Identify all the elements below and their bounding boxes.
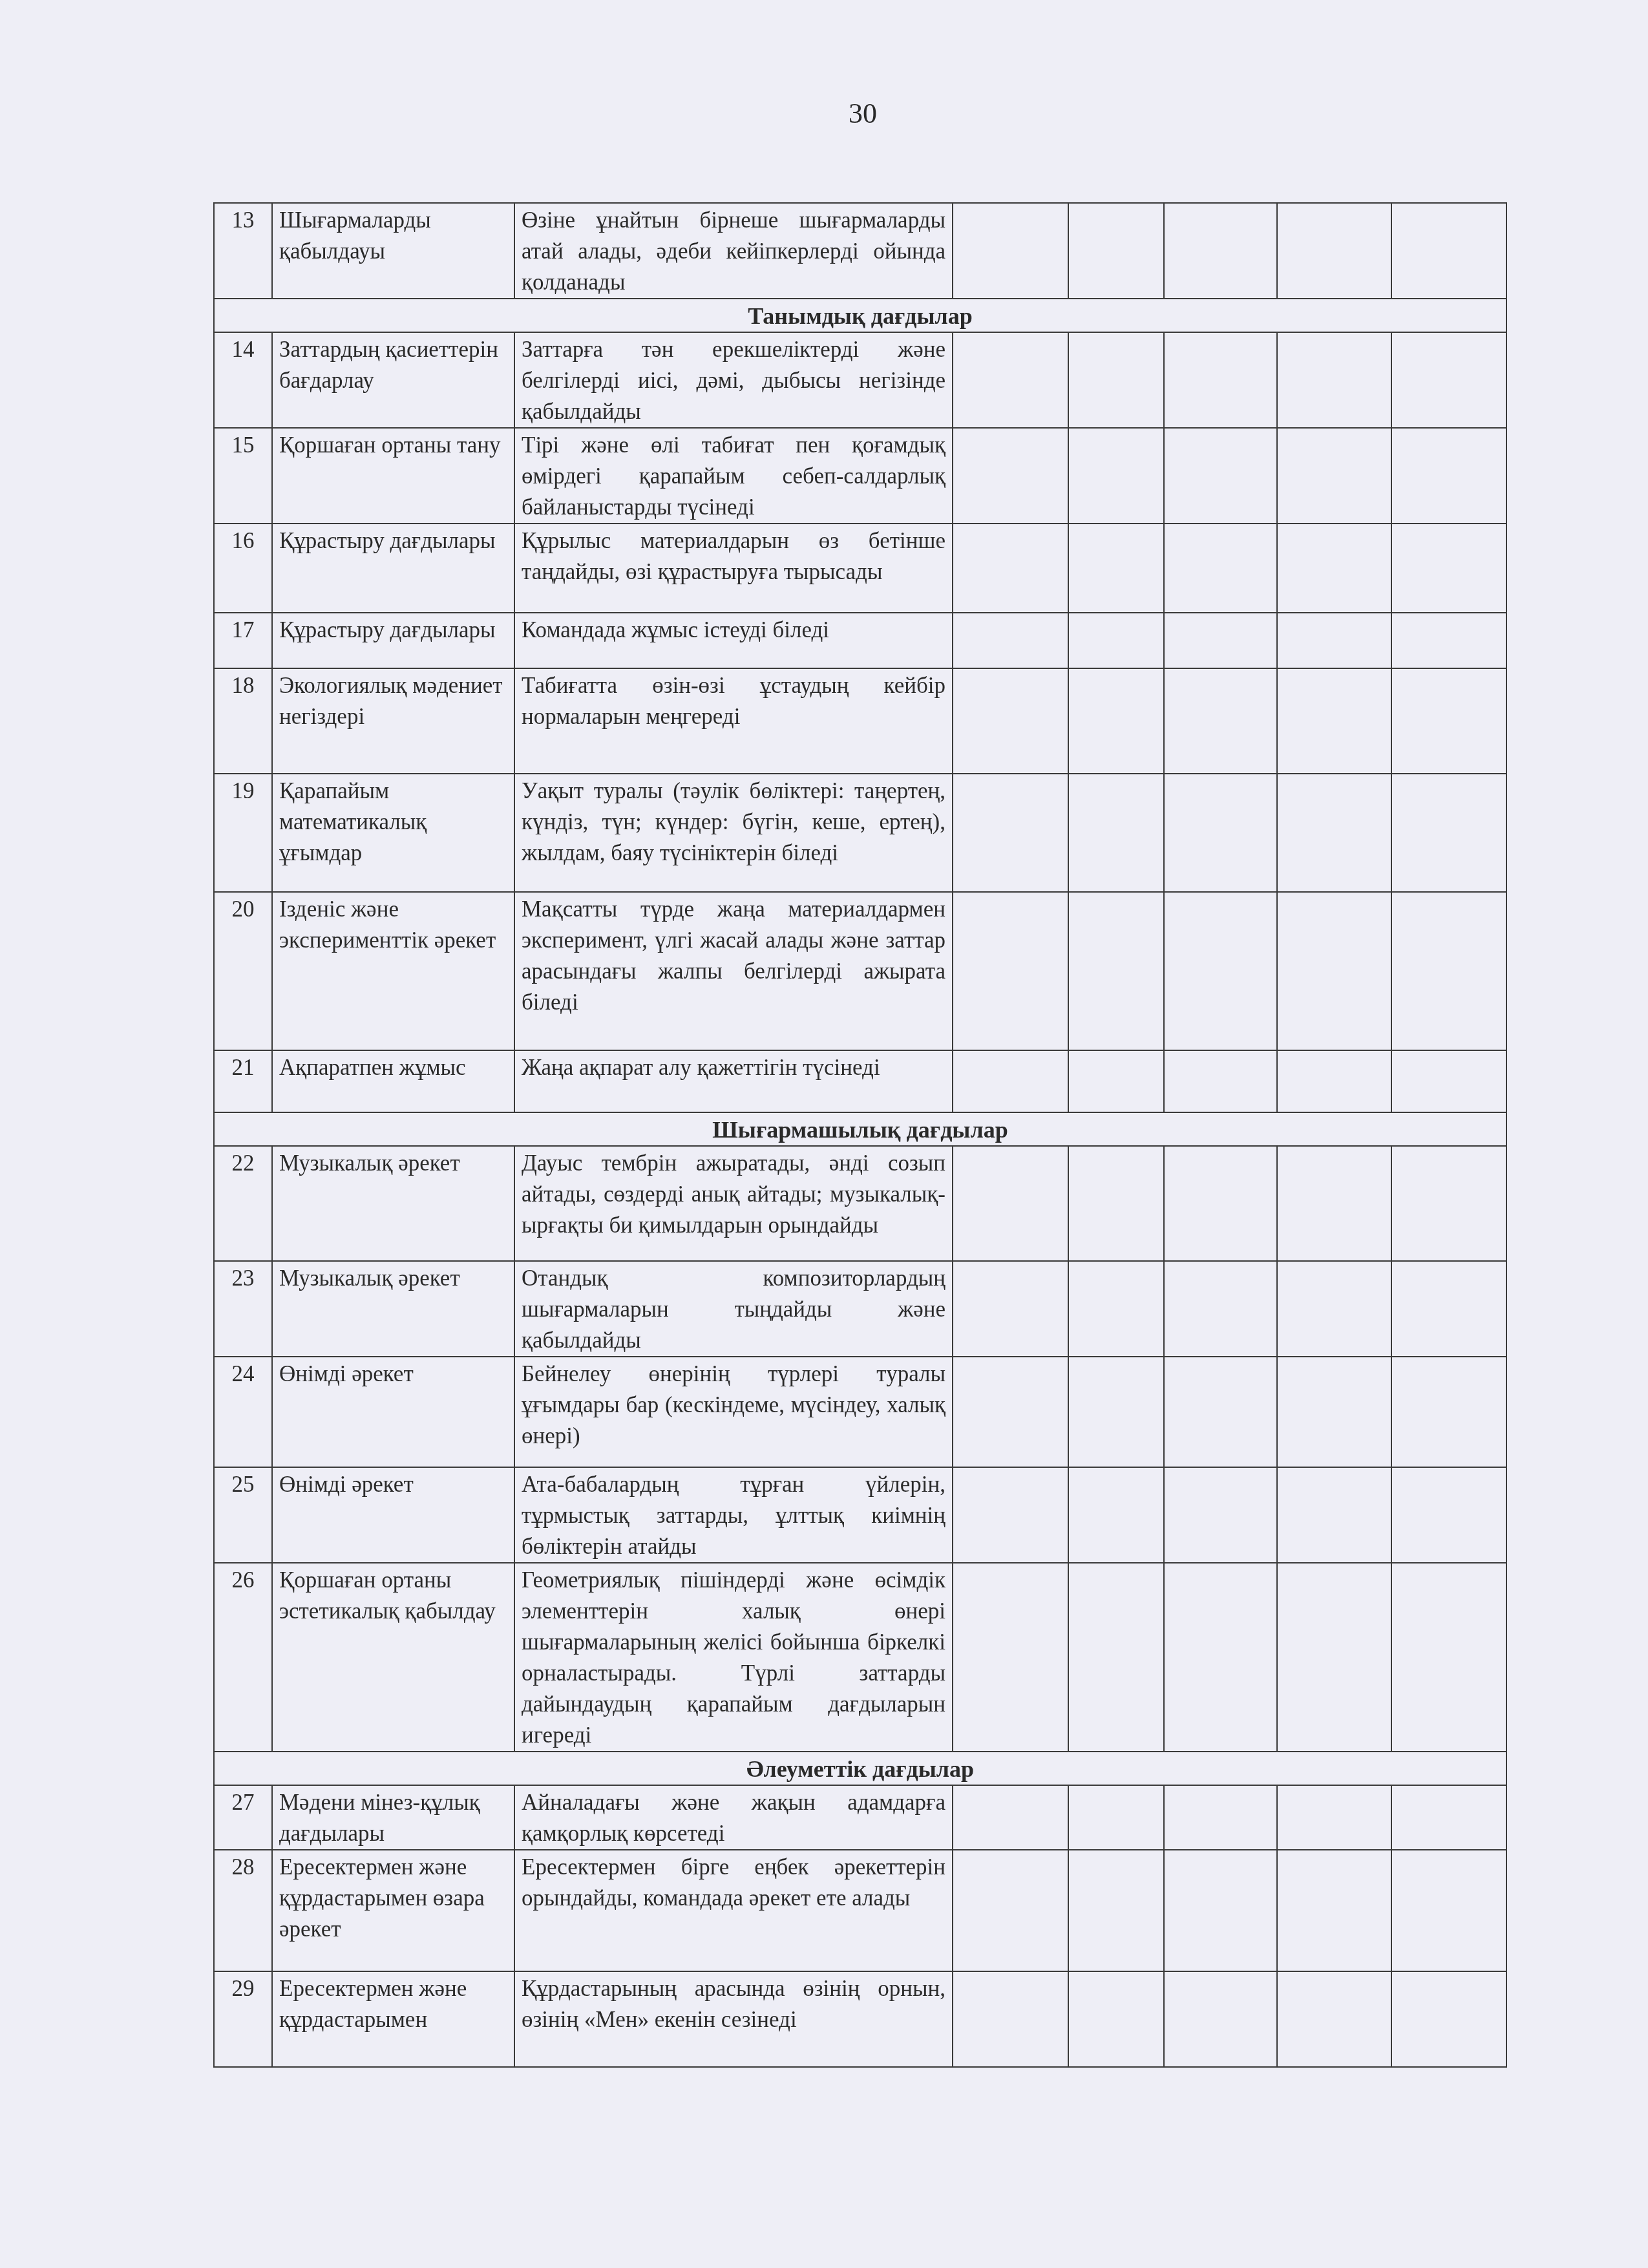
assessment-cell[interactable] <box>1277 668 1391 774</box>
section-title: Әлеуметтік дағдылар <box>214 1752 1506 1785</box>
assessment-cell[interactable] <box>1391 892 1506 1050</box>
row-number: 15 <box>214 428 272 524</box>
skill-area: Шығармаларды қабылдауы <box>272 203 514 299</box>
table-row: 28Ересектермен және құрдастарымен өзара … <box>214 1850 1506 1971</box>
assessment-cell[interactable] <box>1391 428 1506 524</box>
skill-area: Музыкалық әрекет <box>272 1261 514 1357</box>
assessment-cell[interactable] <box>1068 1971 1164 2067</box>
skill-description: Уақыт туралы (тәулік бөліктері: таңертең… <box>514 774 953 892</box>
assessment-cell[interactable] <box>1164 1971 1277 2067</box>
table-row: 19Қарапайым математикалық ұғымдарУақыт т… <box>214 774 1506 892</box>
section-header-row: Танымдық дағдылар <box>214 299 1506 332</box>
assessment-cell[interactable] <box>953 524 1068 613</box>
assessment-cell[interactable] <box>1391 524 1506 613</box>
skill-description: Құрылыс материалдарын өз бетінше таңдайд… <box>514 524 953 613</box>
assessment-cell[interactable] <box>1391 613 1506 668</box>
assessment-cell[interactable] <box>1391 332 1506 428</box>
assessment-cell[interactable] <box>1068 203 1164 299</box>
table-row: 14Заттардың қасиеттерін бағдарлауЗаттарғ… <box>214 332 1506 428</box>
assessment-cell[interactable] <box>1164 892 1277 1050</box>
skill-area: Ақпаратпен жұмыс <box>272 1050 514 1112</box>
row-number: 24 <box>214 1357 272 1467</box>
table-row: 18Экологиялық мәдениет негіздеріТабиғатт… <box>214 668 1506 774</box>
assessment-cell[interactable] <box>953 332 1068 428</box>
skills-assessment-table: 13Шығармаларды қабылдауыӨзіне ұнайтын бі… <box>213 202 1507 2068</box>
assessment-cell[interactable] <box>1277 774 1391 892</box>
assessment-cell[interactable] <box>953 1146 1068 1261</box>
assessment-cell[interactable] <box>1164 668 1277 774</box>
skill-description: Мақсатты түрде жаңа материалдармен экспе… <box>514 892 953 1050</box>
assessment-cell[interactable] <box>953 774 1068 892</box>
assessment-cell[interactable] <box>1277 1850 1391 1971</box>
skill-area: Қоршаған ортаны тану <box>272 428 514 524</box>
assessment-cell[interactable] <box>1277 1785 1391 1850</box>
assessment-cell[interactable] <box>1068 1467 1164 1563</box>
skill-description: Ата-бабалардың тұрған үйлерін, тұрмыстық… <box>514 1467 953 1563</box>
row-number: 19 <box>214 774 272 892</box>
page-number: 30 <box>840 97 885 130</box>
skill-description: Құрдастарының арасында өзінің орнын, өзі… <box>514 1971 953 2067</box>
skill-description: Тірі және өлі табиғат пен қоғамдық өмірд… <box>514 428 953 524</box>
table-row: 15Қоршаған ортаны тануТірі және өлі таби… <box>214 428 1506 524</box>
row-number: 16 <box>214 524 272 613</box>
assessment-cell[interactable] <box>1068 428 1164 524</box>
table-row: 22Музыкалық әрекетДауыс тембрін ажыратад… <box>214 1146 1506 1261</box>
assessment-cell[interactable] <box>953 428 1068 524</box>
assessment-cell[interactable] <box>1068 1146 1164 1261</box>
skill-area: Экологиялық мәдениет негіздері <box>272 668 514 774</box>
skill-area: Ересектермен және құрдастарымен өзара әр… <box>272 1850 514 1971</box>
section-header-row: Шығармашылық дағдылар <box>214 1112 1506 1146</box>
skill-description: Отандық композиторлардың шығармаларын ты… <box>514 1261 953 1357</box>
assessment-cell[interactable] <box>1391 1850 1506 1971</box>
assessment-cell[interactable] <box>1391 1971 1506 2067</box>
assessment-cell[interactable] <box>953 1467 1068 1563</box>
row-number: 25 <box>214 1467 272 1563</box>
row-number: 22 <box>214 1146 272 1261</box>
assessment-cell[interactable] <box>1391 668 1506 774</box>
table-row: 26Қоршаған ортаны эстетикалық қабылдауГе… <box>214 1563 1506 1752</box>
assessment-cell[interactable] <box>953 203 1068 299</box>
assessment-cell[interactable] <box>953 1563 1068 1752</box>
assessment-cell[interactable] <box>1164 1467 1277 1563</box>
assessment-cell[interactable] <box>1391 1357 1506 1467</box>
row-number: 21 <box>214 1050 272 1112</box>
assessment-cell[interactable] <box>1277 1261 1391 1357</box>
assessment-cell[interactable] <box>1277 1467 1391 1563</box>
row-number: 29 <box>214 1971 272 2067</box>
table-row: 29Ересектермен және құрдастарыменҚұрдаст… <box>214 1971 1506 2067</box>
assessment-cell[interactable] <box>1164 1785 1277 1850</box>
assessment-cell[interactable] <box>1277 613 1391 668</box>
skill-area: Өнімді әрекет <box>272 1357 514 1467</box>
row-number: 14 <box>214 332 272 428</box>
table-row: 16Құрастыру дағдыларыҚұрылыс материалдар… <box>214 524 1506 613</box>
assessment-cell[interactable] <box>1277 1050 1391 1112</box>
assessment-cell[interactable] <box>1068 1050 1164 1112</box>
skill-area: Ізденіс және эксперименттік әрекет <box>272 892 514 1050</box>
row-number: 13 <box>214 203 272 299</box>
assessment-cell[interactable] <box>1277 332 1391 428</box>
assessment-cell[interactable] <box>1164 332 1277 428</box>
skill-description: Геометриялық пішіндерді және өсімдік эле… <box>514 1563 953 1752</box>
row-number: 26 <box>214 1563 272 1752</box>
table-row: 27Мәдени мінез-құлық дағдыларыАйналадағы… <box>214 1785 1506 1850</box>
row-number: 27 <box>214 1785 272 1850</box>
assessment-cell[interactable] <box>1068 1850 1164 1971</box>
assessment-cell[interactable] <box>1277 524 1391 613</box>
assessment-cell[interactable] <box>1164 1357 1277 1467</box>
skill-area: Мәдени мінез-құлық дағдылары <box>272 1785 514 1850</box>
skill-area: Заттардың қасиеттерін бағдарлау <box>272 332 514 428</box>
assessment-cell[interactable] <box>1391 1050 1506 1112</box>
assessment-cell[interactable] <box>1068 1785 1164 1850</box>
assessment-cell[interactable] <box>953 1050 1068 1112</box>
assessment-cell[interactable] <box>1391 1146 1506 1261</box>
assessment-cell[interactable] <box>1164 1563 1277 1752</box>
assessment-cell[interactable] <box>1277 1563 1391 1752</box>
section-title: Шығармашылық дағдылар <box>214 1112 1506 1146</box>
assessment-cell[interactable] <box>953 613 1068 668</box>
assessment-cell[interactable] <box>1277 892 1391 1050</box>
row-number: 18 <box>214 668 272 774</box>
assessment-cell[interactable] <box>1068 1357 1164 1467</box>
skill-area: Өнімді әрекет <box>272 1467 514 1563</box>
skill-description: Дауыс тембрін ажыратады, әнді созып айта… <box>514 1146 953 1261</box>
assessment-cell[interactable] <box>1164 1850 1277 1971</box>
row-number: 17 <box>214 613 272 668</box>
assessment-cell[interactable] <box>1164 774 1277 892</box>
assessment-cell[interactable] <box>1391 1467 1506 1563</box>
assessment-cell[interactable] <box>1277 1357 1391 1467</box>
table-row: 21Ақпаратпен жұмысЖаңа ақпарат алу қажет… <box>214 1050 1506 1112</box>
assessment-cell[interactable] <box>1068 613 1164 668</box>
assessment-cell[interactable] <box>1277 1146 1391 1261</box>
skill-area: Қоршаған ортаны эстетикалық қабылдау <box>272 1563 514 1752</box>
skill-area: Құрастыру дағдылары <box>272 524 514 613</box>
skill-description: Ересектермен бірге еңбек әрекеттерін оры… <box>514 1850 953 1971</box>
row-number: 28 <box>214 1850 272 1971</box>
assessment-cell[interactable] <box>953 1971 1068 2067</box>
skill-area: Құрастыру дағдылары <box>272 613 514 668</box>
assessment-cell[interactable] <box>1068 668 1164 774</box>
skill-description: Өзіне ұнайтын бірнеше шығармаларды атай … <box>514 203 953 299</box>
skill-description: Айналадағы және жақын адамдарға қамқорлы… <box>514 1785 953 1850</box>
skill-description: Заттарға тән ерекшеліктерді және белгіле… <box>514 332 953 428</box>
assessment-cell[interactable] <box>1391 203 1506 299</box>
assessment-cell[interactable] <box>1068 774 1164 892</box>
row-number: 23 <box>214 1261 272 1357</box>
assessment-cell[interactable] <box>953 1785 1068 1850</box>
assessment-cell[interactable] <box>1391 1261 1506 1357</box>
table-row: 20Ізденіс және эксперименттік әрекетМақс… <box>214 892 1506 1050</box>
assessment-cell[interactable] <box>953 1850 1068 1971</box>
skill-description: Бейнелеу өнерінің түрлері туралы ұғымдар… <box>514 1357 953 1467</box>
assessment-cell[interactable] <box>953 1357 1068 1467</box>
skill-area: Ересектермен және құрдастарымен <box>272 1971 514 2067</box>
assessment-cell[interactable] <box>1068 1563 1164 1752</box>
assessment-cell[interactable] <box>1391 1785 1506 1850</box>
assessment-cell[interactable] <box>1068 892 1164 1050</box>
assessment-cell[interactable] <box>953 1261 1068 1357</box>
skill-description: Жаңа ақпарат алу қажеттігін түсінеді <box>514 1050 953 1112</box>
assessment-cell[interactable] <box>1164 1261 1277 1357</box>
table-row: 23Музыкалық әрекетОтандық композиторлард… <box>214 1261 1506 1357</box>
assessment-cell[interactable] <box>1164 1050 1277 1112</box>
assessment-cell[interactable] <box>1391 1563 1506 1752</box>
skill-description: Командада жұмыс істеуді біледі <box>514 613 953 668</box>
section-title: Танымдық дағдылар <box>214 299 1506 332</box>
assessment-cell[interactable] <box>1277 428 1391 524</box>
assessment-cell[interactable] <box>1068 332 1164 428</box>
assessment-cell[interactable] <box>1391 774 1506 892</box>
assessment-cell[interactable] <box>1164 613 1277 668</box>
assessment-cell[interactable] <box>953 892 1068 1050</box>
assessment-cell[interactable] <box>1164 1146 1277 1261</box>
table-row: 17Құрастыру дағдыларыКомандада жұмыс іст… <box>214 613 1506 668</box>
assessment-cell[interactable] <box>1068 1261 1164 1357</box>
table-row: 13Шығармаларды қабылдауыӨзіне ұнайтын бі… <box>214 203 1506 299</box>
skill-area: Музыкалық әрекет <box>272 1146 514 1261</box>
assessment-cell[interactable] <box>1277 203 1391 299</box>
assessment-cell[interactable] <box>1068 524 1164 613</box>
assessment-cell[interactable] <box>1164 428 1277 524</box>
table-row: 24Өнімді әрекетБейнелеу өнерінің түрлері… <box>214 1357 1506 1467</box>
table-body: 13Шығармаларды қабылдауыӨзіне ұнайтын бі… <box>214 203 1506 2067</box>
assessment-cell[interactable] <box>953 668 1068 774</box>
skill-area: Қарапайым математикалық ұғымдар <box>272 774 514 892</box>
assessment-cell[interactable] <box>1164 524 1277 613</box>
section-header-row: Әлеуметтік дағдылар <box>214 1752 1506 1785</box>
row-number: 20 <box>214 892 272 1050</box>
table-row: 25Өнімді әрекетАта-бабалардың тұрған үйл… <box>214 1467 1506 1563</box>
assessment-cell[interactable] <box>1164 203 1277 299</box>
skill-description: Табиғатта өзін-өзі ұстаудың кейбір норма… <box>514 668 953 774</box>
assessment-cell[interactable] <box>1277 1971 1391 2067</box>
